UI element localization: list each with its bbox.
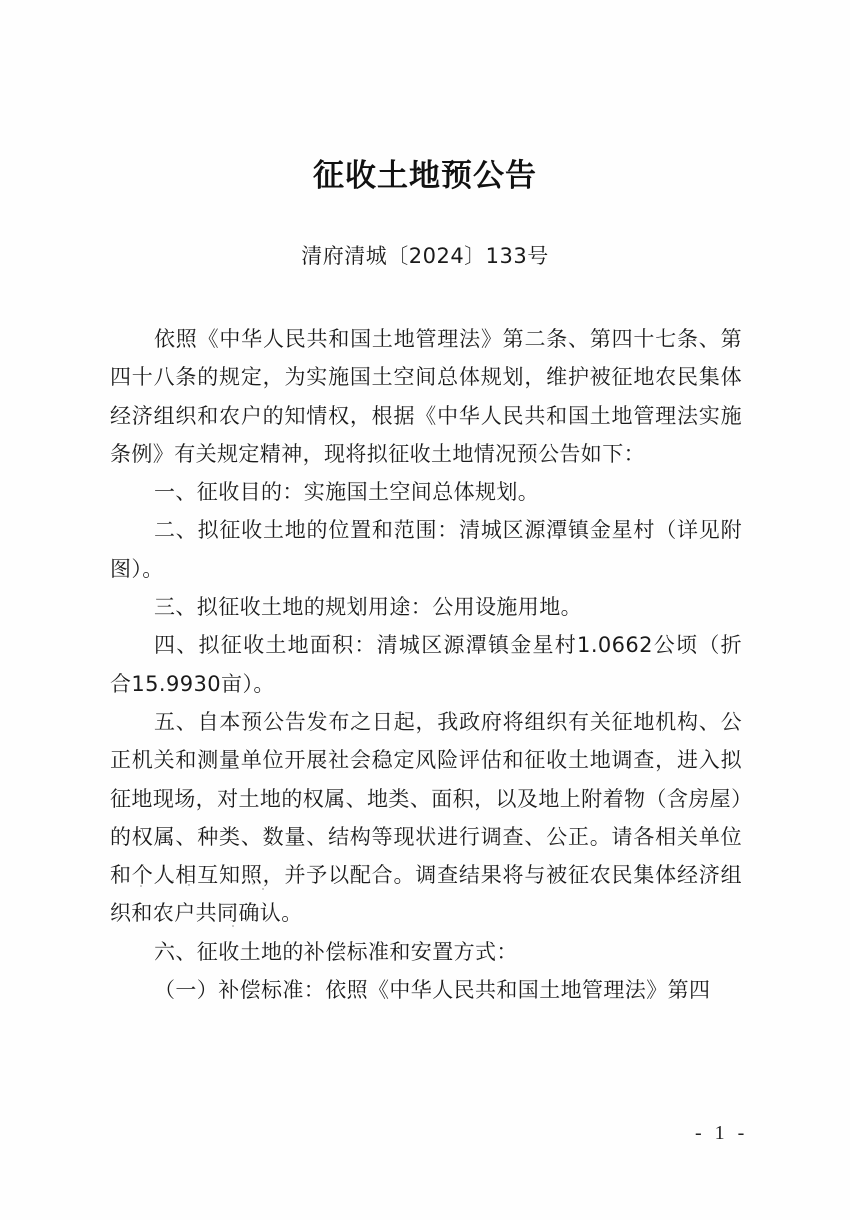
page-number: - 1 - xyxy=(695,1122,748,1145)
paragraph-item-2-location: 二、拟征收土地的位置和范围：清城区源潭镇金星村（详见附图）。 xyxy=(110,511,742,588)
paragraph-item-5-survey: 五、自本预公告发布之日起，我政府将组织有关征地机构、公正机关和测量单位开展社会稳… xyxy=(110,703,742,933)
paragraph-item-1-purpose: 一、征收目的：实施国土空间总体规划。 xyxy=(110,473,742,511)
paragraph-item-4-area: 四、拟征收土地面积：清城区源潭镇金星村1.0662公顷（折合15.9930亩）。 xyxy=(110,626,742,703)
document-page: 征收土地预公告 清府清城〔2024〕133号 依照《中华人民共和国土地管理法》第… xyxy=(0,0,850,1220)
paragraph-intro: 依照《中华人民共和国土地管理法》第二条、第四十七条、第四十八条的规定，为实施国土… xyxy=(110,320,742,473)
document-number: 清府清城〔2024〕133号 xyxy=(0,240,850,270)
paragraph-item-6-compensation: 六、征收土地的补偿标准和安置方式： xyxy=(110,933,742,971)
scan-speckle xyxy=(208,879,210,881)
document-body: 依照《中华人民共和国土地管理法》第二条、第四十七条、第四十八条的规定，为实施国土… xyxy=(110,320,742,1009)
document-title: 征收土地预公告 xyxy=(0,150,850,195)
scan-speckle xyxy=(252,883,254,885)
scan-speckle xyxy=(140,885,142,887)
scan-speckle xyxy=(262,888,264,890)
paragraph-item-6-1-standard: （一）补偿标准：依照《中华人民共和国土地管理法》第四 xyxy=(110,971,742,1009)
scan-speckle xyxy=(232,925,234,927)
scan-speckle xyxy=(188,884,190,886)
paragraph-item-3-usage: 三、拟征收土地的规划用途：公用设施用地。 xyxy=(110,588,742,626)
scan-speckle xyxy=(172,880,174,882)
